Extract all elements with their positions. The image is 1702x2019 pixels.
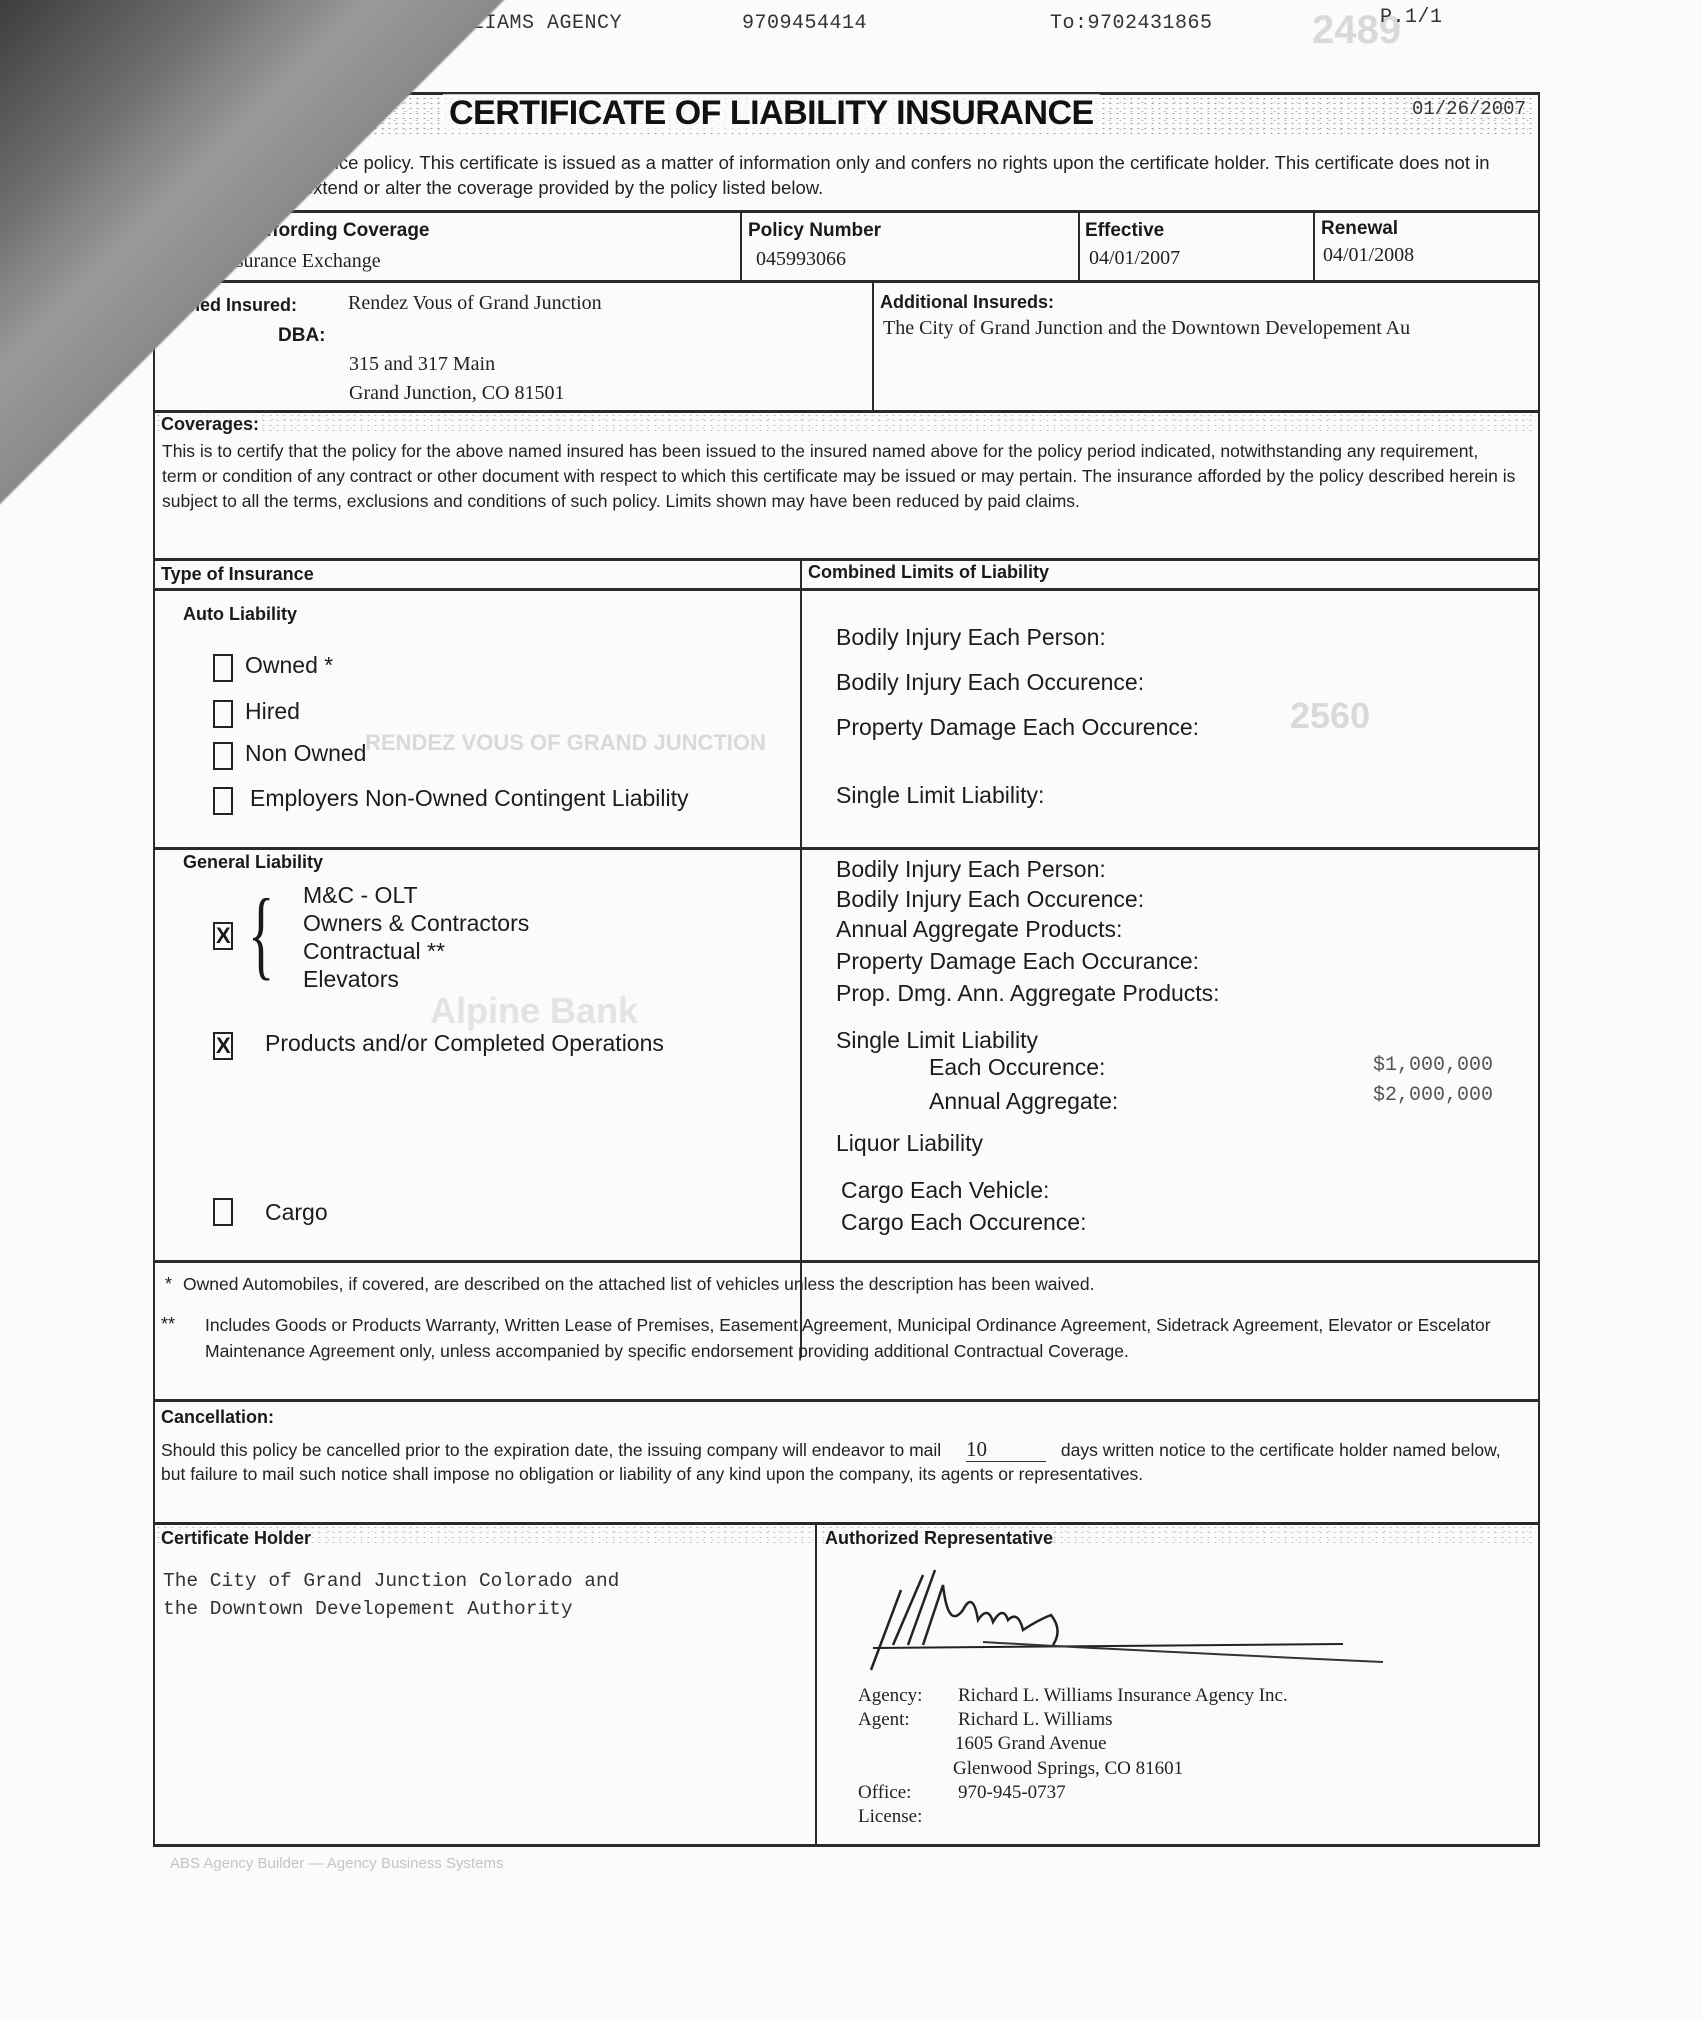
annual-aggregate-label: Annual Aggregate: xyxy=(929,1088,1118,1115)
auto-limit-label: Single Limit Liability: xyxy=(836,782,1044,809)
fax-from: From:WILLIAMS AGENCY xyxy=(372,12,622,35)
insured-address-line2: Grand Junction, CO 81501 xyxy=(349,382,565,405)
auto-liability-label: Auto Liability xyxy=(183,604,297,625)
footnote-double-star-mark: ** xyxy=(161,1312,175,1337)
auto-option-label: Non Owned xyxy=(245,740,366,767)
cancellation-text: Should this policy be cancelled prior to… xyxy=(161,1437,1521,1486)
signature-image xyxy=(823,1550,1583,1680)
general-liability-item: Elevators xyxy=(303,966,399,993)
agency-address1: 1605 Grand Avenue xyxy=(955,1733,1107,1755)
certificate-holder-line1: The City of Grand Junction Colorado and xyxy=(163,1570,619,1592)
products-completed-operations-label: Products and/or Completed Operations xyxy=(265,1030,664,1057)
form-footer: ABS Agency Builder — Agency Business Sys… xyxy=(170,1855,504,1872)
fax-to: To:9702431865 xyxy=(1050,12,1213,35)
company-value: Truck Insurance Exchange xyxy=(167,250,381,273)
dba-label: DBA: xyxy=(278,325,326,347)
effective-label: Effective xyxy=(1085,220,1164,242)
auto-limit-label: Property Damage Each Occurence: xyxy=(836,714,1199,741)
agency-value: Richard L. Williams Insurance Agency Inc… xyxy=(958,1685,1288,1707)
general-limit-label: Bodily Injury Each Occurence: xyxy=(836,886,1144,913)
each-occurrence-label: Each Occurence: xyxy=(929,1054,1105,1081)
footnote-star: Owned Automobiles, if covered, are descr… xyxy=(183,1272,1523,1297)
each-occurrence-value: $1,000,000 xyxy=(1373,1054,1493,1077)
policy-number-value: 045993066 xyxy=(756,248,846,271)
liquor-liability-label: Liquor Liability xyxy=(836,1130,983,1157)
auto-option-label: Employers Non-Owned Contingent Liability xyxy=(250,785,689,812)
general-liability-item: Owners & Contractors xyxy=(303,910,529,937)
agent-value: Richard L. Williams xyxy=(958,1709,1113,1731)
general-liability-item: Contractual ** xyxy=(303,938,445,965)
general-liability-label: General Liability xyxy=(183,852,323,873)
general-limit-label: Annual Aggregate Products: xyxy=(836,916,1122,943)
certificate-date: 01/26/2007 xyxy=(1412,98,1526,120)
cancellation-text-before: Should this policy be cancelled prior to… xyxy=(161,1440,941,1460)
general-liability-group-checkbox[interactable] xyxy=(213,922,233,950)
auto-option-checkbox[interactable] xyxy=(213,742,233,770)
cargo-label: Cargo xyxy=(265,1199,328,1226)
auto-option-checkbox[interactable] xyxy=(213,700,233,728)
additional-insureds-label: Additional Insureds: xyxy=(880,292,1054,313)
coverages-text: This is to certify that the policy for t… xyxy=(162,439,1517,514)
type-of-insurance-header: Type of Insurance xyxy=(161,564,314,585)
auto-option-checkbox[interactable] xyxy=(213,787,233,815)
general-limit-label: Bodily Injury Each Person: xyxy=(836,856,1106,883)
named-insured-value: Rendez Vous of Grand Junction xyxy=(348,292,602,315)
auto-limit-label: Bodily Injury Each Occurence: xyxy=(836,669,1144,696)
cargo-checkbox[interactable] xyxy=(213,1198,233,1226)
office-value: 970-945-0737 xyxy=(958,1782,1066,1804)
fax-timestamp: 07 16:09 xyxy=(240,12,340,35)
policy-number-label: Policy Number xyxy=(748,220,881,242)
additional-insureds-value: The City of Grand Junction and the Downt… xyxy=(883,317,1533,340)
general-limit-label: Prop. Dmg. Ann. Aggregate Products: xyxy=(836,980,1220,1007)
cargo-limit-label: Cargo Each Vehicle: xyxy=(841,1177,1049,1204)
annual-aggregate-value: $2,000,000 xyxy=(1373,1084,1493,1107)
fax-page: P.1/1 xyxy=(1380,6,1443,29)
agent-label: Agent: xyxy=(858,1709,910,1731)
fax-from-phone: 9709454414 xyxy=(742,12,867,35)
office-label: Office: xyxy=(858,1782,911,1804)
company-label: Company Affording Coverage xyxy=(161,220,430,242)
auto-option-label: Owned * xyxy=(245,652,333,679)
general-limit-label: Property Damage Each Occurance: xyxy=(836,948,1199,975)
combined-limits-header: Combined Limits of Liability xyxy=(808,562,1049,583)
auto-option-label: Hired xyxy=(245,698,300,725)
single-limit-liability-label: Single Limit Liability xyxy=(836,1027,1038,1054)
cancellation-label: Cancellation: xyxy=(161,1407,274,1428)
renewal-label: Renewal xyxy=(1321,218,1398,240)
named-insured-label: Named Insured: xyxy=(161,295,297,316)
coverages-label: Coverages: xyxy=(161,414,259,435)
general-liability-item: M&C - OLT xyxy=(303,882,418,909)
insured-address-line1: 315 and 317 Main xyxy=(349,353,495,376)
brace-icon: { xyxy=(248,884,274,984)
license-label: License: xyxy=(858,1806,922,1828)
auto-limit-label: Bodily Injury Each Person: xyxy=(836,624,1106,651)
authorized-representative-label: Authorized Representative xyxy=(825,1528,1053,1549)
agency-address2: Glenwood Springs, CO 81601 xyxy=(953,1758,1183,1780)
products-completed-operations-checkbox[interactable] xyxy=(213,1032,233,1060)
certificate-holder-line2: the Downtown Developement Authority xyxy=(163,1598,573,1620)
certificate-form: CERTIFICATE OF LIABILITY INSURANCE 01/26… xyxy=(153,92,1540,1846)
agency-label: Agency: xyxy=(858,1685,922,1707)
footnote-star-mark: * xyxy=(165,1272,172,1297)
certificate-holder-label: Certificate Holder xyxy=(161,1528,311,1549)
footnote-double-star: Includes Goods or Products Warranty, Wri… xyxy=(205,1312,1505,1364)
certificate-title: CERTIFICATE OF LIABILITY INSURANCE xyxy=(443,94,1100,133)
effective-value: 04/01/2007 xyxy=(1089,247,1180,270)
cargo-limit-label: Cargo Each Occurence: xyxy=(841,1209,1086,1236)
renewal-value: 04/01/2008 xyxy=(1323,244,1414,267)
auto-option-checkbox[interactable] xyxy=(213,654,233,682)
cancellation-days: 10 xyxy=(966,1437,1046,1462)
disclaimer: This is not an insurance policy. This ce… xyxy=(163,150,1513,200)
